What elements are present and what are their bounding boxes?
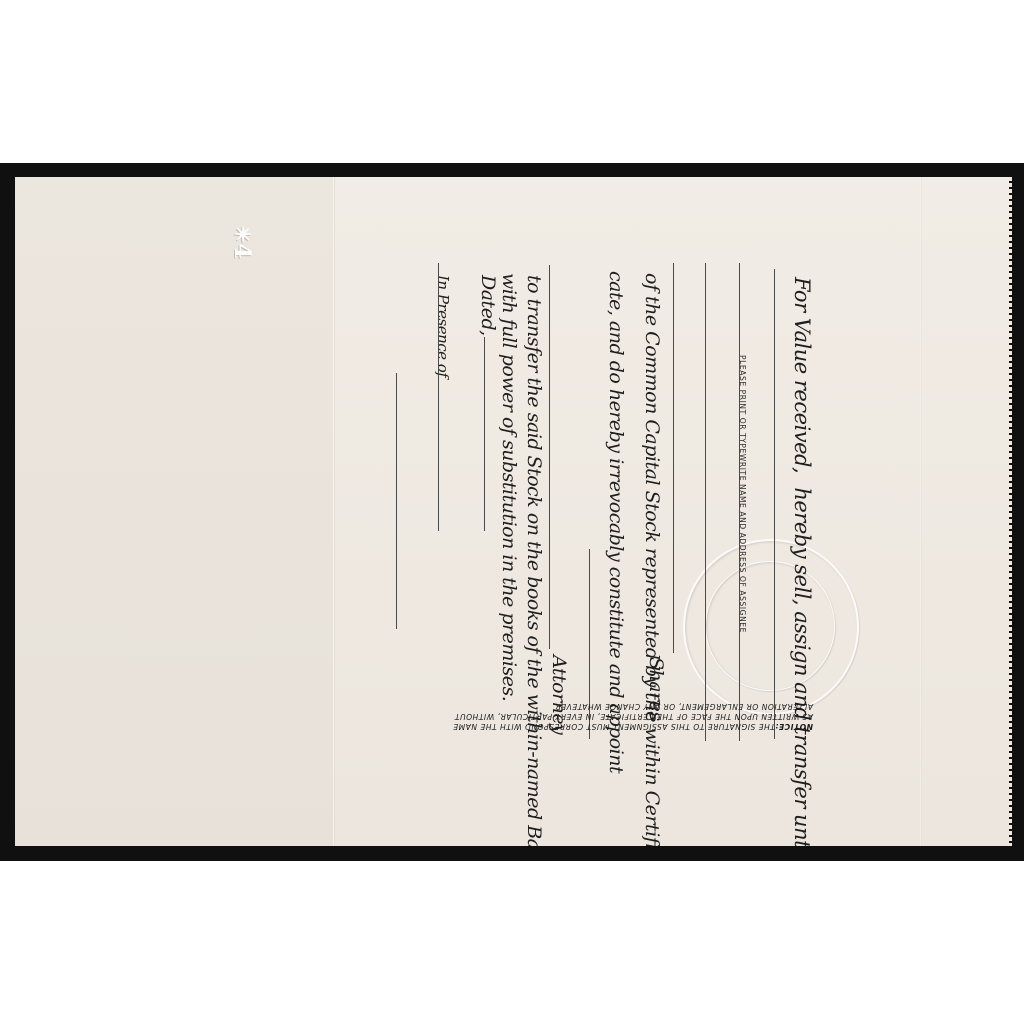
fold-line [333, 177, 335, 846]
in-presence-of-label: In Presence of [434, 275, 452, 377]
left-panel-shade [15, 177, 333, 846]
assignee-line-2 [739, 263, 740, 741]
for-value-received-text: For Value received, hereby sell, assign … [790, 277, 814, 846]
constitute-appoint-text: cate, and do hereby irrevocably constitu… [605, 271, 627, 773]
substitution-text: with full power of substitution in the p… [498, 273, 520, 701]
attorney-line [549, 265, 550, 649]
embossed-number-mark: ✴4 [229, 225, 255, 259]
assignee-line-3 [705, 263, 706, 741]
shares-line [673, 263, 674, 653]
assignee-line-1 [774, 269, 775, 739]
notice-text: NOTICE:THE SIGNATURE TO THIS ASSIGNMENT … [453, 701, 813, 731]
capital-stock-text: of the Common Capital Stock represented … [641, 273, 663, 846]
witness-line [438, 263, 439, 531]
dated-label: Dated, [477, 275, 499, 336]
transfer-text: to transfer the said Stock on the books … [523, 275, 545, 846]
embossed-seal-inner [705, 561, 835, 691]
date-line [484, 337, 485, 531]
perforated-edge [1009, 177, 1012, 846]
witness-line-2 [396, 373, 397, 629]
fold-line-right [920, 177, 922, 846]
certificate-back: ✴4 For Value received, hereby sell, assi… [15, 177, 1012, 846]
